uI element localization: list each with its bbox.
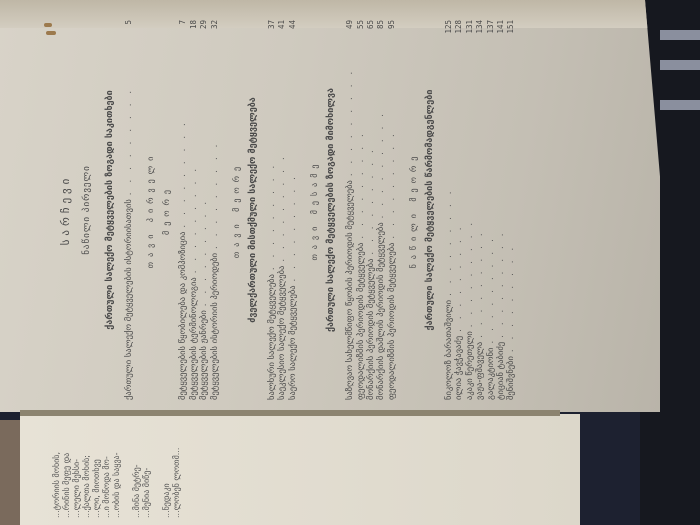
page-number: 32 (211, 20, 219, 29)
page-number: 125 (445, 20, 453, 34)
cloth-stripe (660, 30, 700, 40)
toc-entry[interactable]: მეტყველების ისტორიის პერიოდები.........3… (211, 20, 221, 400)
page-number: 128 (455, 20, 463, 34)
toc-entry[interactable]: მეტყველების ჟანრები.........29 (200, 20, 210, 400)
page-number: 7 (179, 20, 187, 25)
page-number: 137 (487, 20, 495, 34)
left-page-text: ...ტორიის მოხის, ...რინის მეფე და ...ლელ… (52, 448, 182, 518)
toc-entry[interactable]: ფეოდალიზმის პერიოდის მეტყველება.........… (388, 20, 398, 400)
paper-stain (46, 31, 56, 35)
section-heading: ძველქართული მისთქმული სალექო მეტყველება (249, 20, 258, 400)
page-number: 29 (200, 20, 208, 29)
toc-entry[interactable]: ტიციან ტაბიძე.........141 (497, 20, 507, 400)
page-number: 37 (268, 20, 276, 29)
page-number: 141 (497, 20, 505, 34)
page-number: 65 (367, 20, 375, 29)
cloth-stripe (660, 100, 700, 110)
page-number: 49 (346, 20, 354, 29)
chapter-heading: თავი პირველი (147, 20, 155, 400)
page-number: 85 (377, 20, 385, 29)
toc-entry[interactable]: საერო სალექო მეტყველება.........44 (289, 20, 299, 400)
section-heading: ქართული სალექო მეტყველების ზოგადი მიმოხი… (327, 20, 336, 400)
page-number: 18 (190, 20, 198, 29)
part-two-heading: ნაწილი მეორე (410, 20, 418, 400)
page-number: 55 (357, 20, 365, 29)
page-number: 95 (388, 20, 396, 29)
paper-stain (44, 23, 52, 27)
cloth-stripe (660, 60, 700, 70)
chapter-heading: თავი მესამე (311, 20, 319, 400)
page-number: 131 (466, 20, 474, 34)
page-number: 134 (476, 20, 484, 34)
page-number: 5 (125, 20, 133, 25)
section-heading: ქართული სალექო მეტყველების ზოგადი საკითხ… (106, 20, 115, 400)
table-of-contents: სარჩევი ნაწილი პირველი ქართული სალექო მე… (60, 20, 518, 400)
part-heading: ნაწილი პირველი (83, 20, 92, 400)
chapter-heading: მეორე (163, 20, 171, 400)
toc-title: სარჩევი (60, 20, 71, 400)
page-number: 151 (507, 20, 515, 34)
page-fold (20, 410, 560, 416)
toc-entry[interactable]: საზღვაო სახელმწიფო წყობის პერიოდის მეტყვ… (346, 20, 356, 400)
toc-entry[interactable]: ქართული სალექო მეტყველების ისტორიისათვის… (125, 20, 135, 400)
page-number: 44 (289, 20, 297, 29)
toc-entry[interactable]: ვაჟა-ფშაველა.........134 (476, 20, 486, 400)
page-number: 41 (278, 20, 286, 29)
chapter-heading: თავი მეორე (233, 20, 241, 400)
toc-entry[interactable]: შენიშვნები.........151 (507, 20, 517, 400)
section-heading: ქართული სალექო მეტყველების წარმომადგენლე… (426, 20, 435, 400)
